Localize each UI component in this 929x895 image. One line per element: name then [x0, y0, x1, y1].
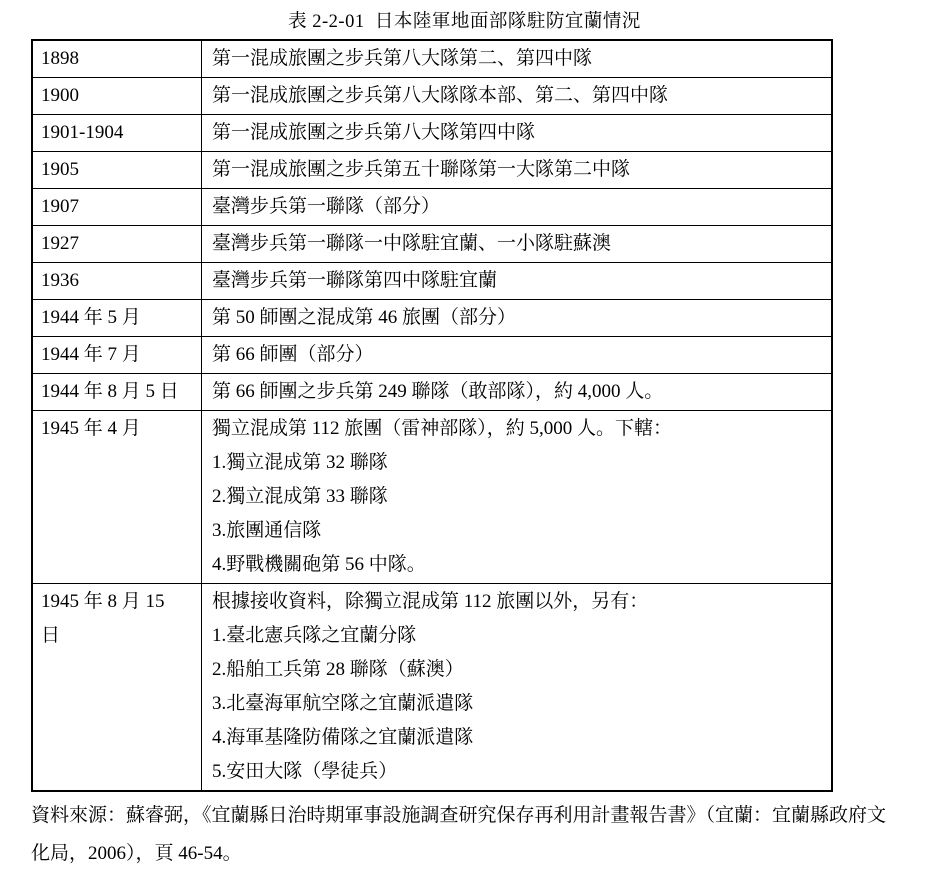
unit-line: 第 66 師團之步兵第 249 聯隊（敢部隊），約 4,000 人。	[212, 375, 823, 409]
units-cell: 臺灣步兵第一聯隊（部分）	[202, 189, 833, 226]
period-cell: 1907	[32, 189, 202, 226]
units-cell: 根據接收資料，除獨立混成第 112 旅團以外，另有：1.臺北憲兵隊之宜蘭分隊2.…	[202, 584, 833, 792]
period-cell: 1898	[32, 40, 202, 78]
units-cell: 第 66 師團之步兵第 249 聯隊（敢部隊），約 4,000 人。	[202, 374, 833, 411]
period-cell: 1927	[32, 226, 202, 263]
unit-line: 第一混成旅團之步兵第八大隊隊本部、第二、第四中隊	[212, 79, 823, 113]
units-cell: 第一混成旅團之步兵第八大隊第二、第四中隊	[202, 40, 833, 78]
unit-line: 第一混成旅團之步兵第五十聯隊第一大隊第二中隊	[212, 153, 823, 187]
units-cell: 第一混成旅團之步兵第五十聯隊第一大隊第二中隊	[202, 152, 833, 189]
unit-line: 3.北臺海軍航空隊之宜蘭派遣隊	[212, 687, 823, 721]
period-cell: 1944 年 7 月	[32, 337, 202, 374]
table-row: 1944 年 8 月 5 日第 66 師團之步兵第 249 聯隊（敢部隊），約 …	[32, 374, 832, 411]
units-cell: 第 66 師團（部分）	[202, 337, 833, 374]
period-cell: 1905	[32, 152, 202, 189]
table-row: 1936臺灣步兵第一聯隊第四中隊駐宜蘭	[32, 263, 832, 300]
table-row: 1900第一混成旅團之步兵第八大隊隊本部、第二、第四中隊	[32, 78, 832, 115]
unit-line: 第 50 師團之混成第 46 旅團（部分）	[212, 301, 823, 335]
unit-line: 3.旅團通信隊	[212, 514, 823, 548]
unit-line: 2.船舶工兵第 28 聯隊（蘇澳）	[212, 653, 823, 687]
garrison-table: 1898第一混成旅團之步兵第八大隊第二、第四中隊1900第一混成旅團之步兵第八大…	[31, 39, 833, 792]
unit-line: 臺灣步兵第一聯隊（部分）	[212, 190, 823, 224]
unit-line: 4.野戰機關砲第 56 中隊。	[212, 548, 823, 582]
source-note-line: 化局，2006），頁 46-54。	[31, 835, 925, 873]
table-row: 1944 年 7 月第 66 師團（部分）	[32, 337, 832, 374]
garrison-table-body: 1898第一混成旅團之步兵第八大隊第二、第四中隊1900第一混成旅團之步兵第八大…	[32, 40, 832, 791]
units-cell: 臺灣步兵第一聯隊第四中隊駐宜蘭	[202, 263, 833, 300]
unit-line: 2.獨立混成第 33 聯隊	[212, 480, 823, 514]
table-row: 1901-1904第一混成旅團之步兵第八大隊第四中隊	[32, 115, 832, 152]
period-cell: 1945 年 4 月	[32, 411, 202, 584]
table-row: 1898第一混成旅團之步兵第八大隊第二、第四中隊	[32, 40, 832, 78]
period-cell: 1945 年 8 月 15 日	[32, 584, 202, 792]
unit-line: 1.臺北憲兵隊之宜蘭分隊	[212, 619, 823, 653]
period-cell: 1901-1904	[32, 115, 202, 152]
units-cell: 第一混成旅團之步兵第八大隊第四中隊	[202, 115, 833, 152]
unit-line: 獨立混成第 112 旅團（雷神部隊），約 5,000 人。下轄：	[212, 412, 823, 446]
units-cell: 獨立混成第 112 旅團（雷神部隊），約 5,000 人。下轄：1.獨立混成第 …	[202, 411, 833, 584]
source-note: 資料來源：蘇睿弼，《宜蘭縣日治時期軍事設施調查研究保存再利用計畫報告書》（宜蘭：…	[31, 797, 925, 873]
period-cell: 1900	[32, 78, 202, 115]
units-cell: 第一混成旅團之步兵第八大隊隊本部、第二、第四中隊	[202, 78, 833, 115]
table-row: 1905第一混成旅團之步兵第五十聯隊第一大隊第二中隊	[32, 152, 832, 189]
unit-line: 第一混成旅團之步兵第八大隊第二、第四中隊	[212, 42, 823, 76]
source-note-line: 資料來源：蘇睿弼，《宜蘭縣日治時期軍事設施調查研究保存再利用計畫報告書》（宜蘭：…	[31, 797, 925, 835]
table-row: 1945 年 4 月獨立混成第 112 旅團（雷神部隊），約 5,000 人。下…	[32, 411, 832, 584]
period-cell: 1936	[32, 263, 202, 300]
units-cell: 臺灣步兵第一聯隊一中隊駐宜蘭、一小隊駐蘇澳	[202, 226, 833, 263]
document-page: 表 2-2-01 日本陸軍地面部隊駐防宜蘭情況 1898第一混成旅團之步兵第八大…	[0, 0, 929, 895]
unit-line: 根據接收資料，除獨立混成第 112 旅團以外，另有：	[212, 585, 823, 619]
units-cell: 第 50 師團之混成第 46 旅團（部分）	[202, 300, 833, 337]
table-row: 1944 年 5 月第 50 師團之混成第 46 旅團（部分）	[32, 300, 832, 337]
unit-line: 第 66 師團（部分）	[212, 338, 823, 372]
unit-line: 第一混成旅團之步兵第八大隊第四中隊	[212, 116, 823, 150]
unit-line: 臺灣步兵第一聯隊一中隊駐宜蘭、一小隊駐蘇澳	[212, 227, 823, 261]
table-caption: 表 2-2-01 日本陸軍地面部隊駐防宜蘭情況	[0, 0, 929, 36]
table-row: 1927臺灣步兵第一聯隊一中隊駐宜蘭、一小隊駐蘇澳	[32, 226, 832, 263]
unit-line: 臺灣步兵第一聯隊第四中隊駐宜蘭	[212, 264, 823, 298]
unit-line: 5.安田大隊（學徒兵）	[212, 755, 823, 789]
table-row: 1945 年 8 月 15 日根據接收資料，除獨立混成第 112 旅團以外，另有…	[32, 584, 832, 792]
table-row: 1907臺灣步兵第一聯隊（部分）	[32, 189, 832, 226]
period-cell: 1944 年 5 月	[32, 300, 202, 337]
period-cell: 1944 年 8 月 5 日	[32, 374, 202, 411]
unit-line: 1.獨立混成第 32 聯隊	[212, 446, 823, 480]
unit-line: 4.海軍基隆防備隊之宜蘭派遣隊	[212, 721, 823, 755]
